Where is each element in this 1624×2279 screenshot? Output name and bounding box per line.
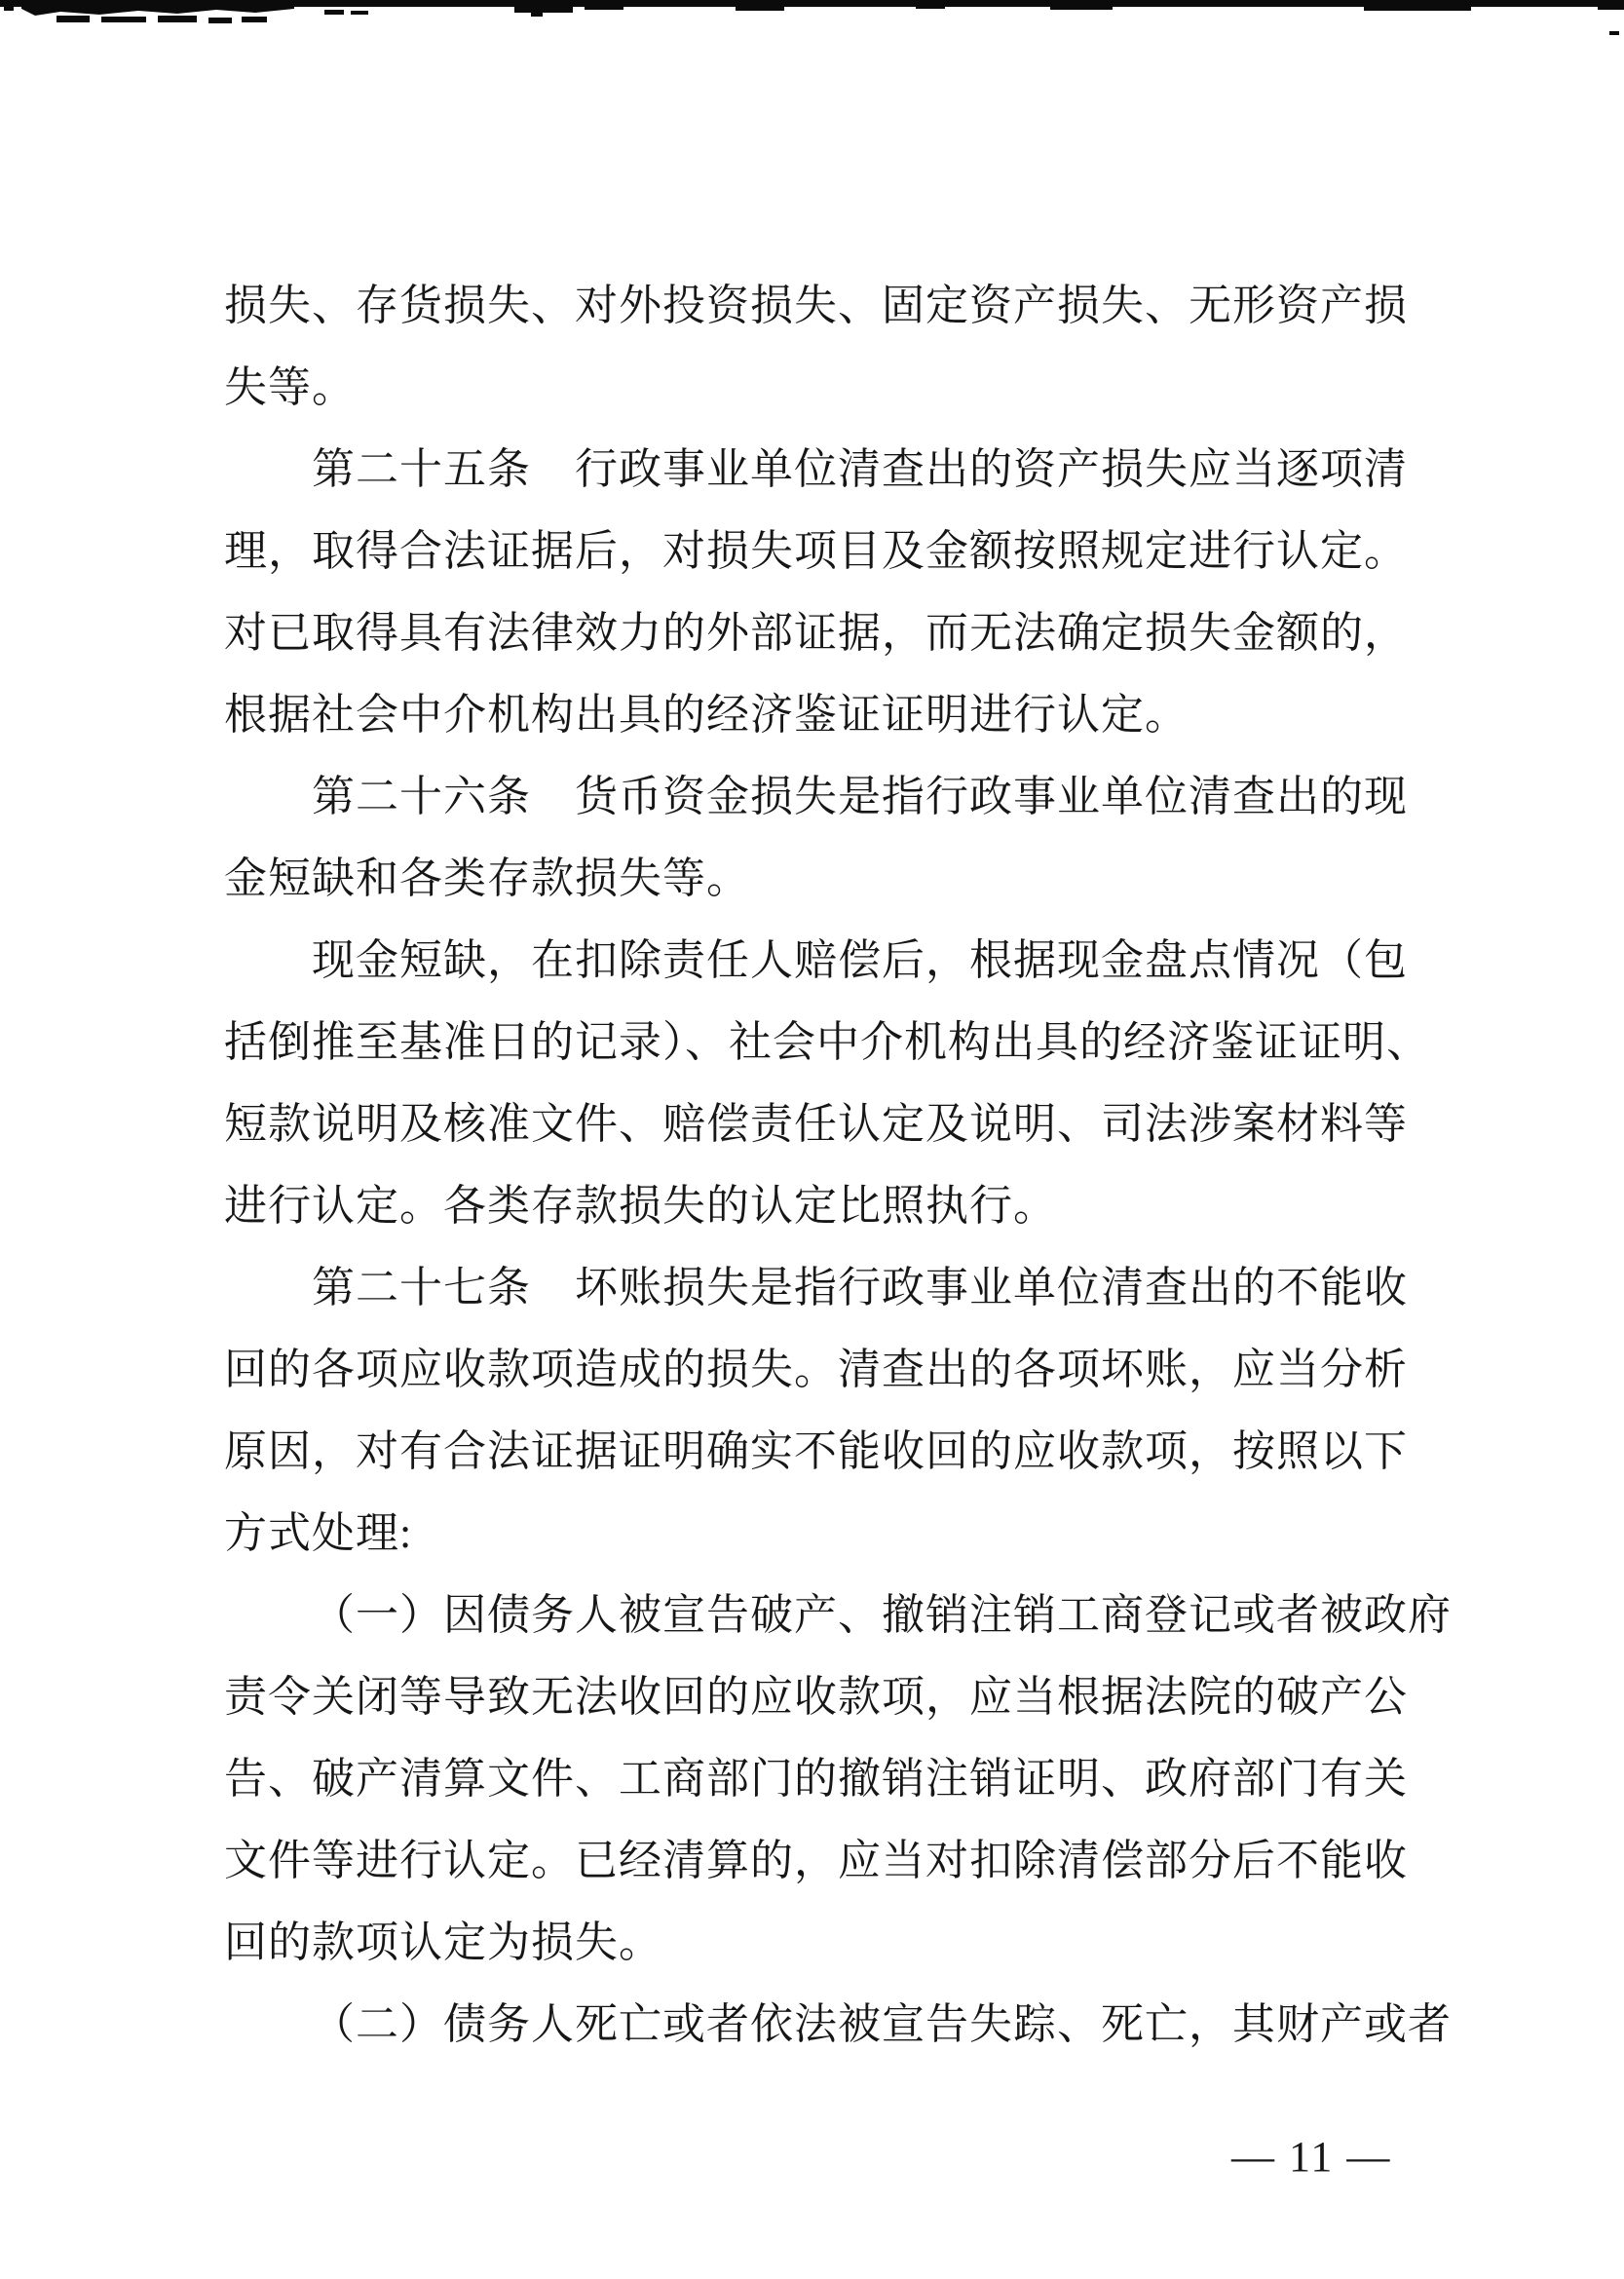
scan-artifact-top-edge bbox=[0, 0, 1624, 55]
text-line: 对已取得具有法律效力的外部证据，而无法确定损失金额的， bbox=[224, 592, 1491, 674]
text-line: （一）因债务人被宣告破产、撤销注销工商登记或者被政府 bbox=[224, 1575, 1491, 1656]
text-line: 责令关闭等导致无法收回的应收款项，应当根据法院的破产公 bbox=[224, 1656, 1491, 1738]
document-body: 损失、存货损失、对外投资损失、固定资产损失、无形资产损失等。第二十五条 行政事业… bbox=[224, 265, 1491, 2066]
text-line: 金短缺和各类存款损失等。 bbox=[224, 838, 1491, 920]
text-line: 损失、存货损失、对外投资损失、固定资产损失、无形资产损 bbox=[224, 265, 1491, 347]
text-line: 失等。 bbox=[224, 347, 1491, 429]
text-line: 回的各项应收款项造成的损失。清查出的各项坏账，应当分析 bbox=[224, 1329, 1491, 1411]
text-line: 文件等进行认定。已经清算的，应当对扣除清偿部分后不能收 bbox=[224, 1820, 1491, 1902]
text-line: （二）债务人死亡或者依法被宣告失踪、死亡，其财产或者 bbox=[224, 1984, 1491, 2066]
text-line: 根据社会中介机构出具的经济鉴证证明进行认定。 bbox=[224, 674, 1491, 756]
text-line: 第二十七条 坏账损失是指行政事业单位清查出的不能收 bbox=[224, 1247, 1491, 1329]
text-line: 括倒推至基准日的记录）、社会中介机构出具的经济鉴证证明、 bbox=[224, 1002, 1491, 1083]
text-line: 告、破产清算文件、工商部门的撤销注销证明、政府部门有关 bbox=[224, 1738, 1491, 1820]
text-line: 进行认定。各类存款损失的认定比照执行。 bbox=[224, 1165, 1491, 1247]
text-line: 原因，对有合法证据证明确实不能收回的应收款项，按照以下 bbox=[224, 1411, 1491, 1493]
page-number: — 11 — bbox=[1231, 2130, 1391, 2184]
text-line: 回的款项认定为损失。 bbox=[224, 1902, 1491, 1984]
text-line: 短款说明及核准文件、赔偿责任认定及说明、司法涉案材料等 bbox=[224, 1083, 1491, 1165]
document-page: 损失、存货损失、对外投资损失、固定资产损失、无形资产损失等。第二十五条 行政事业… bbox=[0, 0, 1624, 2279]
text-line: 第二十五条 行政事业单位清查出的资产损失应当逐项清 bbox=[224, 429, 1491, 511]
text-line: 第二十六条 货币资金损失是指行政事业单位清查出的现 bbox=[224, 756, 1491, 838]
text-line: 理，取得合法证据后，对损失项目及金额按照规定进行认定。 bbox=[224, 511, 1491, 592]
text-line: 现金短缺，在扣除责任人赔偿后，根据现金盘点情况（包 bbox=[224, 920, 1491, 1002]
text-line: 方式处理: bbox=[224, 1493, 1491, 1575]
